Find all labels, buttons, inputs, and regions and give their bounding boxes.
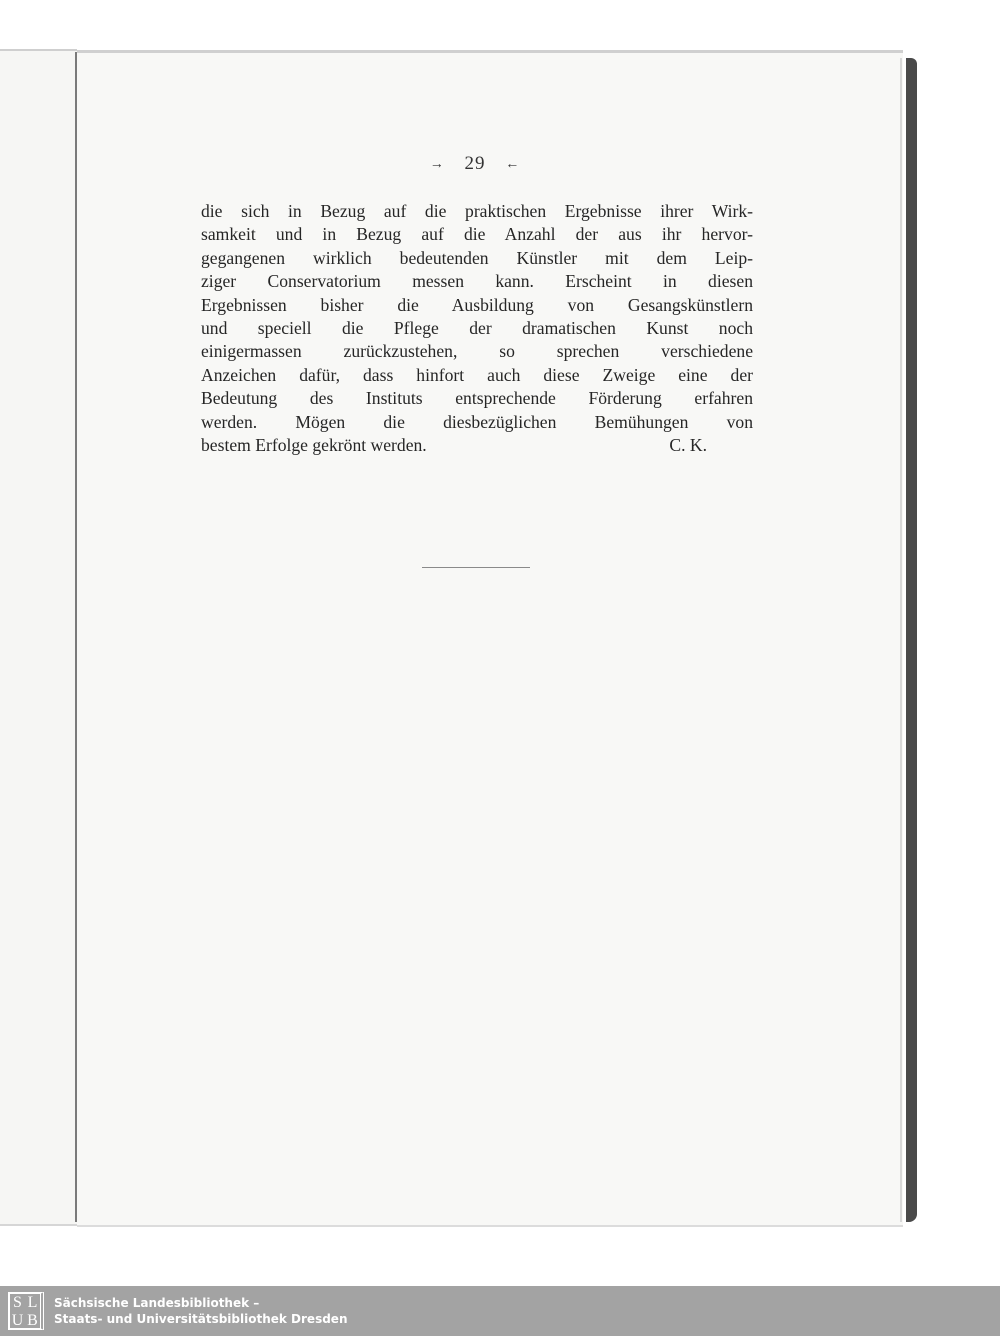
text-line: werden. Mögen die diesbezüglichen Bemühu… (201, 411, 753, 434)
text-line: gegangenen wirklich bedeutenden Künstler… (201, 247, 753, 270)
page-number: 29 (465, 153, 486, 174)
slub-logo-icon: S L U B (8, 1292, 44, 1330)
text-line: Anzeichen dafür, dass hinfort auch diese… (201, 364, 753, 387)
text-line: samkeit und in Bezug auf die Anzahl der … (201, 223, 753, 246)
book-cover-edge (906, 58, 917, 1222)
section-end-rule (422, 567, 530, 568)
book-spine (75, 52, 77, 1222)
page-number-header: → 29 ← (0, 153, 950, 175)
text-line-last: bestem Erfolge gekrönt werden. C. K. (201, 434, 753, 457)
text-line: Ergebnissen bisher die Ausbildung von Ge… (201, 294, 753, 317)
text-line: einigermassen zurückzustehen, so spreche… (201, 340, 753, 363)
text-line: und speciell die Pflege der dramatischen… (201, 317, 753, 340)
ornament-arrow-left-icon: ← (505, 157, 520, 172)
body-paragraph: die sich in Bezug auf die praktischen Er… (201, 200, 753, 457)
left-page-fragment (0, 49, 77, 1226)
closing-sentence: bestem Erfolge gekrönt werden. (201, 434, 427, 457)
library-name-line2: Staats- und Universitätsbibliothek Dresd… (54, 1311, 347, 1327)
library-name: Sächsische Landesbibliothek – Staats- un… (54, 1295, 347, 1327)
library-footer: S L U B Sächsische Landesbibliothek – St… (0, 1286, 1000, 1336)
scanned-book-spread: → 29 ← die sich in Bezug auf die praktis… (0, 0, 1000, 1286)
text-line: Bedeutung des Instituts entsprechende Fö… (201, 387, 753, 410)
page-edge (900, 58, 902, 1222)
author-signature: C. K. (669, 434, 707, 457)
text-line: die sich in Bezug auf die praktischen Er… (201, 200, 753, 223)
ornament-arrow-right-icon: → (430, 157, 445, 172)
text-line: ziger Conservatorium messen kann. Ersche… (201, 270, 753, 293)
library-name-line1: Sächsische Landesbibliothek – (54, 1295, 347, 1311)
